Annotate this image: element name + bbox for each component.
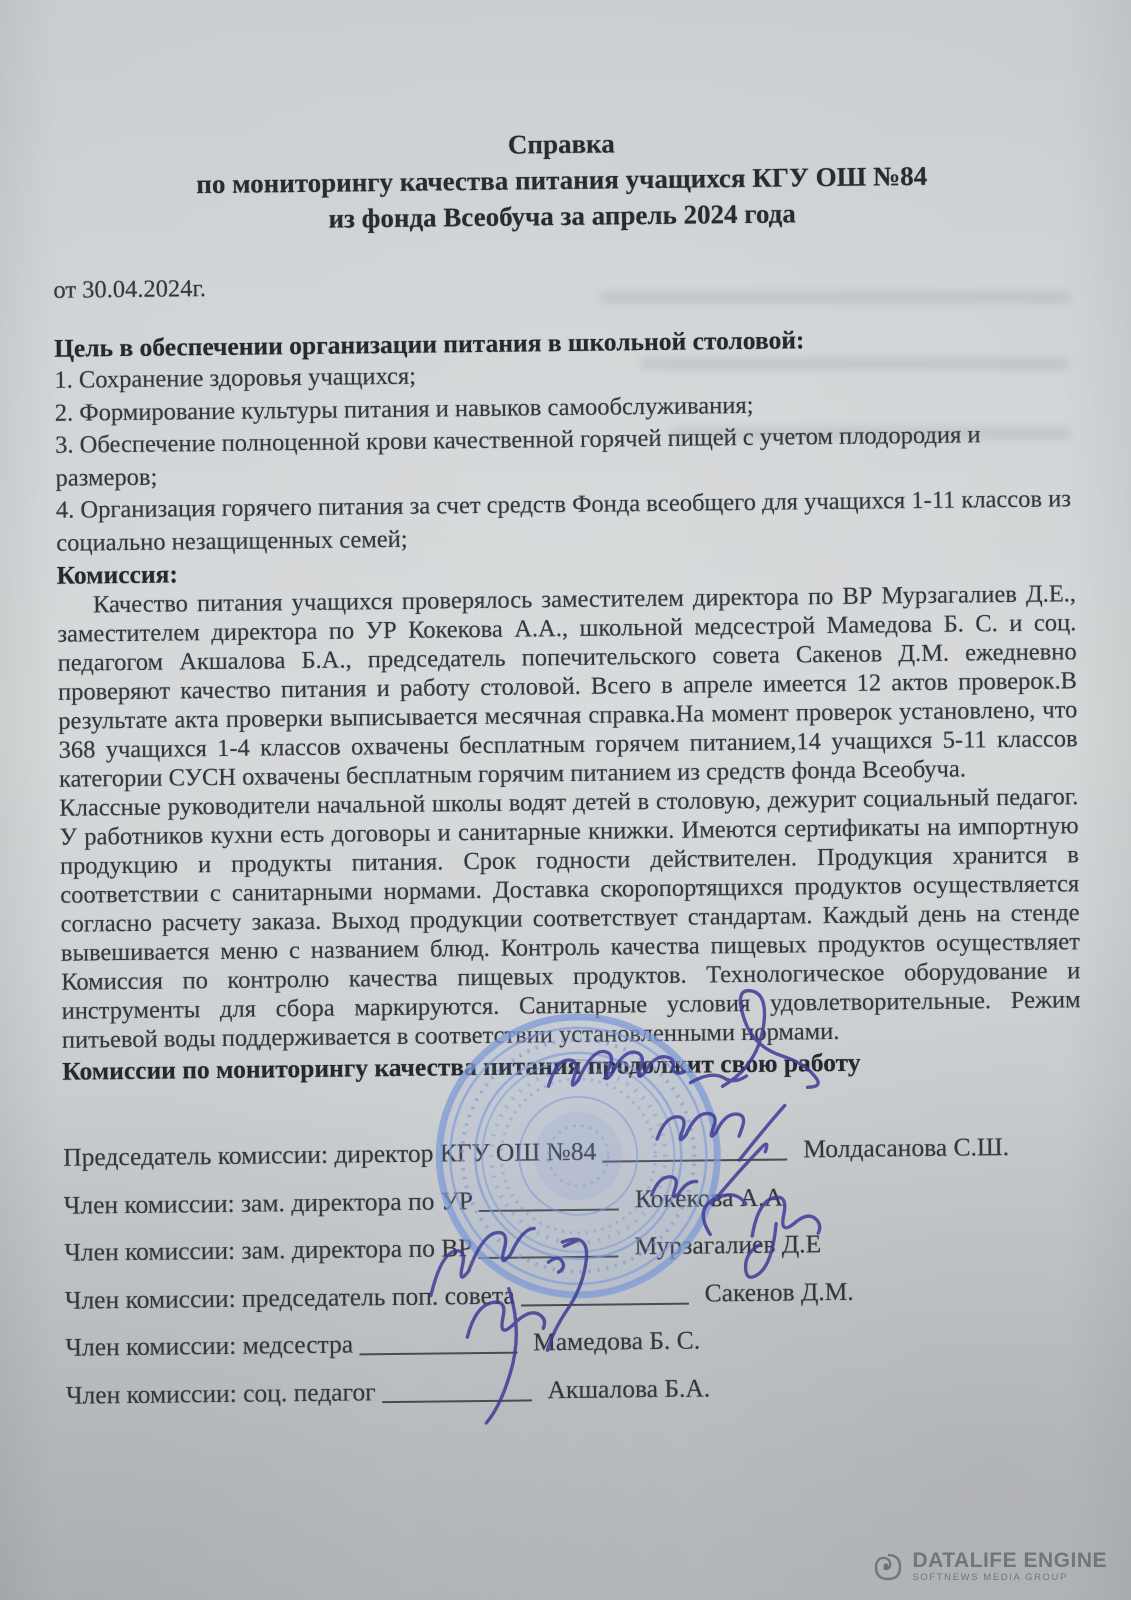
signature-role: Член комиссии: зам. директора по ВР — [64, 1233, 472, 1267]
signature-role: Член комиссии: медсестра — [65, 1329, 353, 1361]
signature-role: Член комиссии: соц. педагог — [66, 1377, 376, 1410]
signature-line — [521, 1282, 689, 1306]
goal-item: 3. Обеспечение полноценной крови качеств… — [55, 418, 1075, 495]
signature-line — [381, 1379, 531, 1403]
signature-block: Председатель комиссии: директор КГУ ОШ №… — [63, 1122, 1085, 1419]
datalife-engine-logo-icon — [873, 1552, 903, 1582]
paragraph-commission-report: Качество питания учащихся проверялось за… — [57, 579, 1078, 794]
watermark-subtitle: SOFTNEWS MEDIA GROUP — [912, 1572, 1107, 1584]
signature-line — [478, 1235, 618, 1259]
signature-name: Мамедова Б. С. — [533, 1326, 700, 1357]
signature-role: Председатель комиссии: директор КГУ ОШ №… — [63, 1137, 596, 1172]
document-body: Справка по мониторингу качества питания … — [52, 120, 1086, 1418]
date-line: от 30.04.2024г. — [53, 264, 1072, 306]
signature-name: Акшалова Б.А. — [547, 1373, 710, 1404]
signature-name: Мурзагалиев Д.Е — [634, 1229, 821, 1260]
signature-line — [479, 1188, 619, 1212]
watermark: DATALIFE ENGINE SOFTNEWS MEDIA GROUP — [873, 1550, 1107, 1584]
document-title: Справка по мониторингу качества питания … — [52, 120, 1072, 240]
signature-name: Кокекова А.А — [635, 1182, 783, 1213]
signature-role: Член комиссии: председатель поп. совета — [65, 1280, 515, 1314]
scanned-document-page: Справка по мониторингу качества питания … — [0, 0, 1131, 1600]
signature-line — [359, 1332, 517, 1356]
signature-name: Молдасанова С.Ш. — [803, 1132, 1009, 1163]
goal-item: 4. Организация горячего питания за счет … — [56, 483, 1076, 560]
signature-line — [602, 1139, 787, 1163]
watermark-title: DATALIFE ENGINE — [912, 1550, 1107, 1572]
paragraph-canteen-conditions: Классные руководители начальной школы во… — [59, 782, 1081, 1055]
signature-name: Сакенов Д.М. — [705, 1276, 854, 1307]
signature-role: Член комиссии: зам. директора по УР — [64, 1186, 474, 1220]
goal-list: 1. Сохранение здоровья учащихся; 2. Форм… — [54, 353, 1075, 560]
